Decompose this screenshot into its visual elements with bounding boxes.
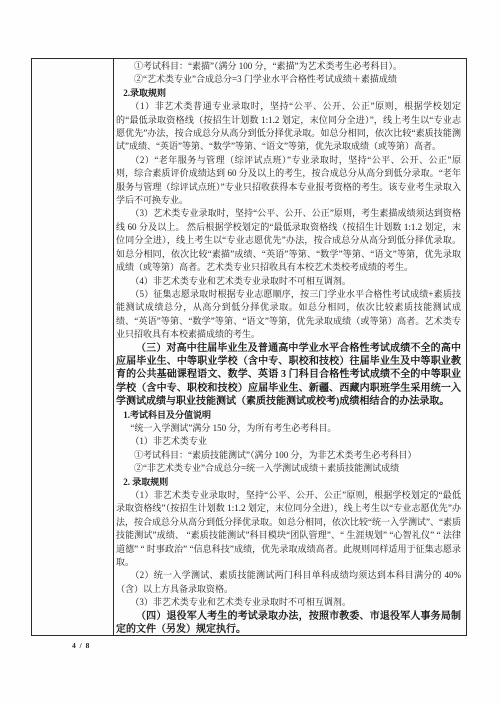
paragraph: （2）“老年服务与管理（综评试点班）”专业录取时，坚持“公平、公开、公正”原则，… [116,154,461,208]
paragraph: （1）非艺术类专业 [116,435,461,448]
paragraph: （四）退役军人考生的考试录取办法，按照市教委、市退役军人事务局制定的文件（另发）… [116,610,461,635]
paragraph: （3）艺术类专业录取时，坚持“公平、公开、公正”原则，考生素描成绩须达到资格线 … [116,207,461,274]
paragraph: （三）对高中往届毕业生及普通高中学业水平合格性考试成绩不全的高中应届毕业生、中等… [116,342,461,409]
admission-rules-table: ①考试科目：“素描”（满分 100 分，“素描”为艺术类考生必考科目）。②“艺术… [31,58,467,636]
paragraph: 1.考试科目及分值说明 [116,409,461,422]
table-content-cell: ①考试科目：“素描”（满分 100 分，“素描”为艺术类考生必考科目）。②“艺术… [114,59,466,635]
paragraph: “统一入学测试”满分 150 分，为所有考生必考科目。 [116,422,461,435]
paragraph: （4）非艺术类专业和艺术类专业录取时不可相互调剂。 [116,275,461,288]
paragraph: ②“艺术类专业”合成总分=3 门学业水平合格性考试成绩＋素描成绩 [116,73,461,86]
paragraph: （5）征集志愿录取时根据专业志愿顺序，按三门学业水平合格性考试成绩+素质技能测试… [116,288,461,342]
paragraph: 2. 录取规则 [116,476,461,489]
paragraph: ①考试科目：“素描”（满分 100 分，“素描”为艺术类考生必考科目）。 [116,60,461,73]
document-page: ①考试科目：“素描”（满分 100 分，“素描”为艺术类考生必考科目）。②“艺术… [0,0,500,707]
table-left-cell [32,59,114,635]
paragraph: ①考试科目：“素质技能测试”（满分 100 分，为非艺术类考生必考科目） [116,449,461,462]
paragraph: （2）统一入学测试、素质技能测试两门科目单科成绩均须达到本科目满分的 40%（含… [116,569,461,596]
paragraph: ②“非艺术类专业”合成总分=统一入学测试成绩＋素质技能测试成绩 [116,462,461,475]
page-number: 4 / 8 [72,641,90,650]
paragraph: （1）非艺术类普通专业录取时，坚持“公平、公开、公正”原则，根据学校划定的“最低… [116,100,461,154]
paragraph: （1）非艺术类专业录取时，坚持“公平、公开、公正”原则，根据学校划定的“最低录取… [116,489,461,569]
paragraph: （3）非艺术类专业和艺术类专业录取时不可相互调剂。 [116,596,461,609]
paragraph: 2.录取规则 [116,87,461,100]
